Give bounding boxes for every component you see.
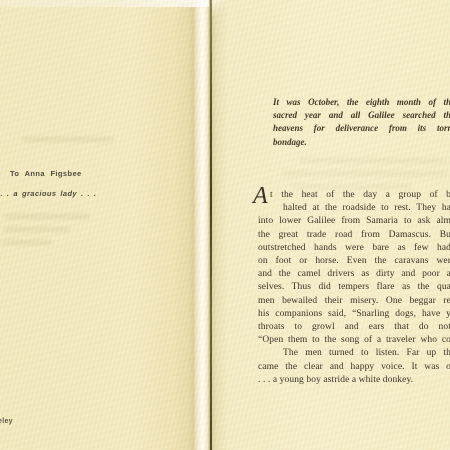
body-line: The men turned to listen. Far up th — [283, 347, 450, 360]
body-line: and the camel drivers as dirty and poor … — [258, 268, 450, 281]
showthrough-smudge — [300, 158, 448, 163]
body-line: throats to growl and ears that do not — [258, 321, 450, 334]
bottom-partial-text: eley — [0, 418, 13, 425]
epigraph-line: bondage. — [273, 136, 450, 149]
body-line: the great trade road from Damascus. Bu — [258, 229, 450, 242]
gutter-highlight — [194, 0, 210, 450]
showthrough-smudge — [22, 137, 114, 142]
showthrough-smudge — [282, 171, 448, 176]
epigraph: It was October, the eighth month of th s… — [273, 96, 450, 149]
body-line: into lower Galilee from Samaria to ask a… — [258, 215, 450, 228]
body-text: t the heat of the day a group of b halte… — [258, 189, 450, 387]
body-line: men bewailed their misery. One beggar re — [258, 295, 450, 308]
epigraph-line: sacred year and all Galilee searched th — [273, 109, 450, 122]
epigraph-line: heavens for deliverance from its torr — [273, 122, 450, 135]
top-page-edge-highlight — [0, 0, 209, 7]
left-page — [0, 0, 194, 450]
dedication-line-1: To Anna Figsbee — [10, 169, 82, 178]
body-line: t the heat of the day a group of b — [270, 189, 450, 202]
body-line: selves. Thus did tempers flare as the qu… — [258, 281, 450, 294]
body-line: . . . a young boy astride a white donkey… — [258, 374, 450, 387]
body-line: came the clear and happy voice. It was o — [258, 361, 450, 374]
showthrough-smudge — [4, 214, 90, 219]
body-line: his companions said, “Snarling dogs, hav… — [258, 308, 450, 321]
body-line: outstretched hands were bare as few had — [258, 242, 450, 255]
page-curl-highlight — [212, 0, 226, 16]
showthrough-smudge — [4, 227, 70, 232]
showthrough-smudge — [2, 240, 52, 245]
dedication-line-2: . . . a gracious lady . . . — [0, 189, 96, 198]
body-line: halted at the roadside to rest. They ha — [283, 202, 450, 215]
body-line: on foot or horse. Even the caravans wer — [258, 255, 450, 268]
body-line: “Open them to the song of a traveler who… — [258, 334, 450, 347]
epigraph-line: It was October, the eighth month of th — [273, 96, 450, 109]
